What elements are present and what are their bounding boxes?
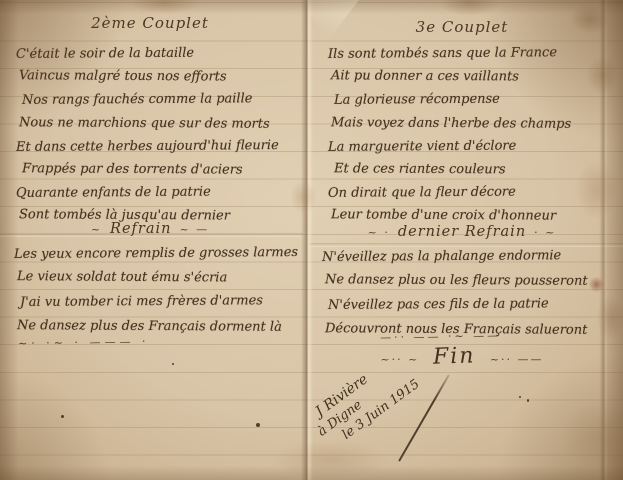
stain <box>290 180 316 214</box>
refrain-line: J'ai vu tomber ici mes frères d'armes <box>20 289 298 315</box>
left-refrain: Les yeux encore remplis de grosses larme… <box>14 242 298 339</box>
ink-dot <box>256 423 260 427</box>
ink-dot <box>519 396 521 398</box>
refrain-title-text: dernier Refrain <box>398 224 526 240</box>
left-page-title: 2ème Couplet <box>0 14 300 32</box>
right-verse: Ils sont tombés sans que la France Ait p… <box>328 42 571 228</box>
stain <box>560 400 623 470</box>
verse-line: Et de ces riantes couleurs <box>334 157 571 182</box>
left-verse: C'était le soir de la bataille Vaincus m… <box>16 42 279 228</box>
right-edge-fold <box>600 0 608 480</box>
ink-dot <box>61 415 64 418</box>
pre-fin-flourish: —·· —— ·~ —— <box>380 329 501 344</box>
stain <box>575 160 619 220</box>
refrain-line: Les yeux encore remplis de grosses larme… <box>14 241 298 267</box>
flourish-deco: ~ · <box>360 226 398 239</box>
fin-row: ~·· ~Fin~·· —— <box>312 344 612 369</box>
left-refrain-title: ~Refrain~ — <box>0 221 300 237</box>
left-end-flourish: ~· ·~ · ——— · <box>18 335 150 350</box>
fin-label: Fin <box>427 343 482 370</box>
verse-line: Ils sont tombés sans que la France <box>328 41 571 66</box>
refrain-line: N'éveillez pas la phalange endormie <box>322 244 588 270</box>
flourish-deco: · ~ <box>526 226 564 239</box>
verse-line: C'était le soir de la bataille <box>16 41 279 66</box>
flourish-deco: ~ <box>83 223 110 236</box>
verse-line: La glorieuse récompense <box>334 88 571 113</box>
manuscript-scan: 2ème Couplet C'était le soir de la batai… <box>0 0 623 480</box>
refrain-title-text: Refrain <box>110 221 171 237</box>
verse-line: Quarante enfants de la patrie <box>16 180 279 205</box>
ink-dot <box>172 363 174 365</box>
verse-line: Et dans cette herbes aujourd'hui fleurie <box>16 134 279 159</box>
refrain-line: N'éveillez pas ces fils de la patrie <box>328 293 588 319</box>
right-refrain: N'éveillez pas la phalange endormie Ne d… <box>322 245 588 342</box>
stain <box>130 0 200 14</box>
flourish-deco: ~·· —— <box>482 353 552 366</box>
stain <box>586 55 618 95</box>
refrain-line: Le vieux soldat tout ému s'écria <box>17 265 298 291</box>
stain <box>440 0 500 16</box>
stain <box>596 295 623 341</box>
right-page-title: 3e Couplet <box>312 18 612 36</box>
stain <box>589 277 604 292</box>
verse-line: Frappés par des torrents d'aciers <box>22 157 279 182</box>
right-refrain-title: ~ ·dernier Refrain· ~ <box>312 224 612 240</box>
refrain-line: Ne dansez plus ou les fleurs pousseront <box>325 268 588 294</box>
verse-line: Mais voyez dans l'herbe des champs <box>331 111 571 136</box>
verse-line: On dirait que la fleur décore <box>328 180 571 205</box>
verse-line: Ait pu donner a ces vaillants <box>331 64 571 89</box>
flourish-deco: ~ — <box>171 223 217 236</box>
verse-line: Nous ne marchions que sur des morts <box>19 111 279 136</box>
verse-line: La marguerite vient d'éclore <box>328 134 571 159</box>
verse-line: Nos rangs fauchés comme la paille <box>22 88 279 113</box>
verse-line: Vaincus malgré tous nos efforts <box>19 64 279 89</box>
ink-dot <box>527 399 529 402</box>
